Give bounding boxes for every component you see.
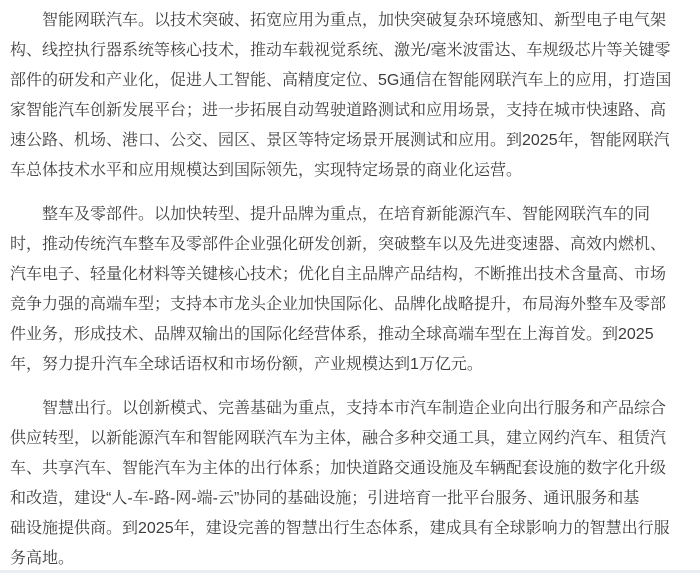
text-line: 件业务，形成技术、品牌双输出的国际化经营体系，推动全球高端车型在上海首发。到20… xyxy=(10,320,688,350)
text-line: 智能网联汽车。以技术突破、拓宽应用为重点，加快突破复杂环境感知、新型电子电气架 xyxy=(10,6,688,36)
text-line: 务高地。 xyxy=(10,544,688,573)
text-line: 整车及零部件。以加快转型、提升品牌为重点，在培育新能源汽车、智能网联汽车的同 xyxy=(10,200,688,230)
text-line: 汽车电子、轻量化材料等关键核心技术；优化自主品牌产品结构，不断推出技术含量高、市… xyxy=(10,260,688,290)
text-line: 车总体技术水平和应用规模达到国际领先，实现特定场景的商业化运营。 xyxy=(10,156,688,186)
paragraph-vehicles-and-parts: 整车及零部件。以加快转型、提升品牌为重点，在培育新能源汽车、智能网联汽车的同 时… xyxy=(10,200,688,380)
text-line: 时，推动传统汽车整车及零部件企业强化研发创新，突破整车以及先进变速器、高效内燃机… xyxy=(10,230,688,260)
text-line: 竞争力强的高端车型；支持本市龙头企业加快国际化、品牌化战略提升，布局海外整车及零… xyxy=(10,290,688,320)
text-line: 速公路、机场、港口、公交、园区、景区等特定场景开展测试和应用。到2025年，智能… xyxy=(10,126,688,156)
text-line: 车、共享汽车、智能汽车为主体的出行体系；加快道路交通设施及车辆配套设施的数字化升… xyxy=(10,454,688,484)
text-line: 础设施提供商。到2025年，建设完善的智慧出行生态体系，建成具有全球影响力的智慧… xyxy=(10,514,688,544)
paragraph-smart-mobility: 智慧出行。以创新模式、完善基础为重点，支持本市汽车制造企业向出行服务和产品综合 … xyxy=(10,394,688,573)
text-line: 部件的研发和产业化，促进人工智能、高精度定位、5G通信在智能网联汽车上的应用，打… xyxy=(10,66,688,96)
document-body: 智能网联汽车。以技术突破、拓宽应用为重点，加快突破复杂环境感知、新型电子电气架 … xyxy=(0,0,700,573)
text-line: 家智能汽车创新发展平台；进一步拓展自动驾驶道路测试和应用场景，支持在城市快速路、… xyxy=(10,96,688,126)
document-page: { "document": { "language": "zh-CN", "co… xyxy=(0,0,700,573)
text-line: 智慧出行。以创新模式、完善基础为重点，支持本市汽车制造企业向出行服务和产品综合 xyxy=(10,394,688,424)
paragraph-intelligent-connected-vehicles: 智能网联汽车。以技术突破、拓宽应用为重点，加快突破复杂环境感知、新型电子电气架 … xyxy=(10,6,688,186)
text-line: 构、线控执行器系统等核心技术，推动车载视觉系统、激光/毫米波雷达、车规级芯片等关… xyxy=(10,36,688,66)
text-line: 和改造，建设“人-车-路-网-端-云”协同的基础设施；引进培育一批平台服务、通讯… xyxy=(10,484,688,514)
text-line: 年，努力提升汽车全球话语权和市场份额，产业规模达到1万亿元。 xyxy=(10,350,688,380)
text-line: 供应转型，以新能源汽车和智能网联汽车为主体，融合多种交通工具，建立网约汽车、租赁… xyxy=(10,424,688,454)
